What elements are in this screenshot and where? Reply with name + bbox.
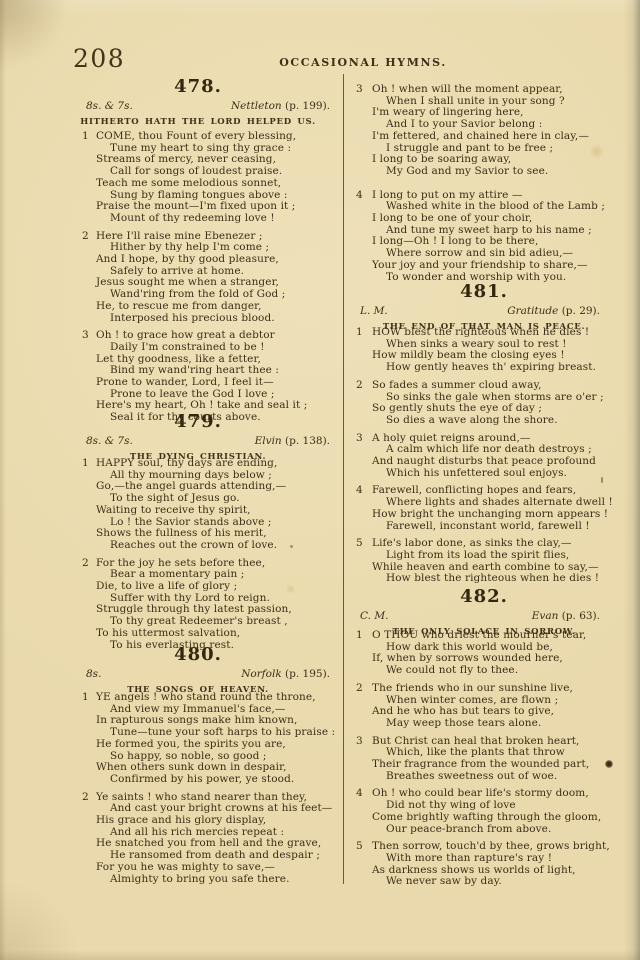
- verse-line: To his uttermost salvation,: [96, 628, 334, 640]
- right-column: 3Oh ! when will the moment appear,When I…: [348, 0, 620, 960]
- verse-number: 4: [356, 485, 363, 497]
- hymn-tune: Nettleton (p. 199).: [231, 100, 330, 113]
- verse-line: COME, thou Fount of every blessing,: [96, 131, 334, 143]
- hymn-meta-row: L. M.Gratitude (p. 29).: [348, 305, 620, 318]
- verse-line: How gently heaves th' expiring breast.: [372, 362, 620, 374]
- verse: 1HOW blest the righteous when he dies !W…: [348, 327, 620, 374]
- verse-line: He formed you, the spirits you are,: [96, 739, 334, 751]
- hymn-tune-page: (p. 199).: [285, 100, 330, 112]
- verse-line: I'm fettered, and chained here in clay,—: [372, 131, 620, 143]
- verse-line: So fades a summer cloud away,: [372, 380, 620, 392]
- hymn-tune: Evan (p. 63).: [532, 610, 600, 623]
- verse-line: Die, to live a life of glory ;: [96, 581, 334, 593]
- verse-line: Farewell, inconstant world, farewell !: [372, 521, 620, 533]
- hymn-head: 479.8s. & 7s.Elvin (p. 138).THE DYING CH…: [62, 413, 334, 462]
- verse-number: 2: [82, 792, 89, 804]
- hymn-tune-name: Evan: [532, 610, 559, 622]
- hymn-tune-page: (p. 195).: [285, 668, 330, 680]
- verse: 3Oh ! when will the moment appear,When I…: [348, 84, 620, 178]
- verse-line: How bright the unchanging morn appears !: [372, 509, 620, 521]
- verse: 4Oh ! who could bear life's stormy doom,…: [348, 788, 620, 835]
- verse-line: Mount of thy redeeming love !: [96, 213, 334, 225]
- verse-number: 5: [356, 841, 363, 853]
- left-column: 478.8s. & 7s.Nettleton (p. 199).HITHERTO…: [62, 0, 334, 960]
- verse-line: Interposed his precious blood.: [96, 313, 334, 325]
- verse-line: O THOU who driest the mourner's tear,: [372, 630, 620, 642]
- hymn-number: 478.: [62, 78, 334, 96]
- verse-number: 1: [82, 131, 89, 143]
- hymn-tune-page: (p. 63).: [562, 610, 600, 622]
- verse: 2The friends who in our sunshine live,Wh…: [348, 683, 620, 730]
- verse: 2Here I'll raise mine Ebenezer ;Hither b…: [62, 231, 334, 325]
- verse: 1HAPPY soul, thy days are ending,All thy…: [62, 458, 334, 552]
- verse-number: 2: [82, 231, 89, 243]
- hymn-verses: 1YE angels ! who stand round the throne,…: [62, 692, 334, 885]
- verse-line: Come brightly wafting through the gloom,: [372, 812, 620, 824]
- verse-line: And I hope, by thy good pleasure,: [96, 254, 334, 266]
- verse-line: Light from its load the spirit flies,: [372, 550, 620, 562]
- hymn-meter: L. M.: [360, 305, 388, 318]
- hymn-tune-page: (p. 138).: [285, 435, 330, 447]
- hymn-meta-row: 8s. & 7s.Nettleton (p. 199).: [62, 100, 334, 113]
- hymn-verses: 1COME, thou Fount of every blessing,Tune…: [62, 131, 334, 424]
- verse: 2For the joy he sets before thee,Bear a …: [62, 558, 334, 652]
- hymn-meter: C. M.: [360, 610, 388, 623]
- verse-number: 1: [82, 692, 89, 704]
- verse-line: How blest the righteous when he dies !: [372, 573, 620, 585]
- verse: 4I long to put on my attire —Washed whit…: [348, 190, 620, 284]
- verse-line: YE angels ! who stand round the throne,: [96, 692, 334, 704]
- verse-line: Our peace-branch from above.: [372, 824, 620, 836]
- hymn-tune-name: Nettleton: [231, 100, 282, 112]
- hymn-number: 482.: [348, 588, 620, 606]
- verse: 1O THOU who driest the mourner's tear,Ho…: [348, 630, 620, 677]
- book-page: 208 OCCASIONAL HYMNS. 478.8s. & 7s.Nettl…: [0, 0, 640, 960]
- hymn-verses: 1HOW blest the righteous when he dies !W…: [348, 327, 620, 585]
- verse-line: We never saw by day.: [372, 876, 620, 888]
- verse: 2So fades a summer cloud away,So sinks t…: [348, 380, 620, 427]
- hymn-tune: Norfolk (p. 195).: [241, 668, 330, 681]
- hymn-meta-row: C. M.Evan (p. 63).: [348, 610, 620, 623]
- verse-line: I long to be one of your choir,: [372, 213, 620, 225]
- verse-line: So dies a wave along the shore.: [372, 415, 620, 427]
- verse-line: Teach me some melodious sonnet,: [96, 178, 334, 190]
- hymn-meter: 8s. & 7s.: [86, 100, 133, 113]
- hymn-number: 481.: [348, 283, 620, 301]
- hymn-tune-name: Elvin: [255, 435, 282, 447]
- verse-line: Which his unfettered soul enjoys.: [372, 468, 620, 480]
- verse-number: 1: [82, 458, 89, 470]
- verse-line: Almighty to bring you safe there.: [96, 874, 334, 886]
- verse-line: May weep those tears alone.: [372, 718, 620, 730]
- hymn-tune-name: Gratitude: [507, 305, 558, 317]
- hymn-tune: Gratitude (p. 29).: [507, 305, 600, 318]
- verse-number: 5: [356, 538, 363, 550]
- verse-number: 4: [356, 190, 363, 202]
- hymn-title: HITHERTO HATH THE LORD HELPED US.: [62, 117, 334, 127]
- hymn-meta-row: 8s.Norfolk (p. 195).: [62, 668, 334, 681]
- verse-line: Reaches out the crown of love.: [96, 540, 334, 552]
- verse-line: And naught disturbs that peace profound: [372, 456, 620, 468]
- verse-line: He, to rescue me from danger,: [96, 301, 334, 313]
- verse-number: 3: [82, 330, 89, 342]
- verse-line: For you he was mighty to save,—: [96, 862, 334, 874]
- verse-number: 4: [356, 788, 363, 800]
- verse: 3Oh ! to grace how great a debtorDaily I…: [62, 330, 334, 424]
- verse-number: 3: [356, 433, 363, 445]
- verse-number: 3: [356, 84, 363, 96]
- hymn-number: 479.: [62, 413, 334, 431]
- verse-line: Waiting to receive thy spirit,: [96, 505, 334, 517]
- verse-number: 1: [356, 327, 363, 339]
- verse: 3A holy quiet reigns around,—A calm whic…: [348, 433, 620, 480]
- verse: 3But Christ can heal that broken heart,W…: [348, 736, 620, 783]
- verse-line: We could not fly to thee.: [372, 665, 620, 677]
- hymn-tune-name: Norfolk: [241, 668, 281, 680]
- verse: 1YE angels ! who stand round the throne,…: [62, 692, 334, 786]
- verse-number: 2: [356, 683, 363, 695]
- verse-line: Breathes sweetness out of woe.: [372, 771, 620, 783]
- hymn-number: 480.: [62, 646, 334, 664]
- hymn-verses: 3Oh ! when will the moment appear,When I…: [348, 84, 620, 283]
- verse-number: 2: [356, 380, 363, 392]
- hymn-meta-row: 8s. & 7s.Elvin (p. 138).: [62, 435, 334, 448]
- verse: 5Life's labor done, as sinks the clay,—L…: [348, 538, 620, 585]
- verse-line: HAPPY soul, thy days are ending,: [96, 458, 334, 470]
- verse-line: Your joy and your friendship to share,—: [372, 260, 620, 272]
- hymn-tune: Elvin (p. 138).: [255, 435, 330, 448]
- column-divider: [343, 74, 344, 884]
- verse-line: The friends who in our sunshine live,: [372, 683, 620, 695]
- verse-line: Their fragrance from the wounded part,: [372, 759, 620, 771]
- verse-line: Prone to wander, Lord, I feel it—: [96, 377, 334, 389]
- verse: 4Farewell, conflicting hopes and fears,W…: [348, 485, 620, 532]
- hymn-head: 481.L. M.Gratitude (p. 29).THE END OF TH…: [348, 283, 620, 332]
- hymn-tune-page: (p. 29).: [562, 305, 600, 317]
- verse-line: With more than rapture's ray !: [372, 853, 620, 865]
- hymn-verses: 1HAPPY soul, thy days are ending,All thy…: [62, 458, 334, 651]
- verse-number: 3: [356, 736, 363, 748]
- hymn-meter: 8s. & 7s.: [86, 435, 133, 448]
- verse-line: Confirmed by his power, ye stood.: [96, 774, 334, 786]
- verse-number: 2: [82, 558, 89, 570]
- hymn-meter: 8s.: [86, 668, 101, 681]
- verse-line: His grace and his glory display,: [96, 815, 334, 827]
- verse-line: My God and my Savior to see.: [372, 166, 620, 178]
- hymn-verses: 1O THOU who driest the mourner's tear,Ho…: [348, 630, 620, 888]
- verse: 5Then sorrow, touch'd by thee, grows bri…: [348, 841, 620, 888]
- hymn-head: 480.8s.Norfolk (p. 195).THE SONGS OF HEA…: [62, 646, 334, 695]
- verse-line: HOW blest the righteous when he dies !: [372, 327, 620, 339]
- hymn-head: 478.8s. & 7s.Nettleton (p. 199).HITHERTO…: [62, 78, 334, 127]
- verse-line: Oh ! when will the moment appear,: [372, 84, 620, 96]
- verse: 2Ye saints ! who stand nearer than they,…: [62, 792, 334, 886]
- verse-number: 1: [356, 630, 363, 642]
- verse-line: Daily I'm constrained to be !: [96, 342, 334, 354]
- verse: 1COME, thou Fount of every blessing,Tune…: [62, 131, 334, 225]
